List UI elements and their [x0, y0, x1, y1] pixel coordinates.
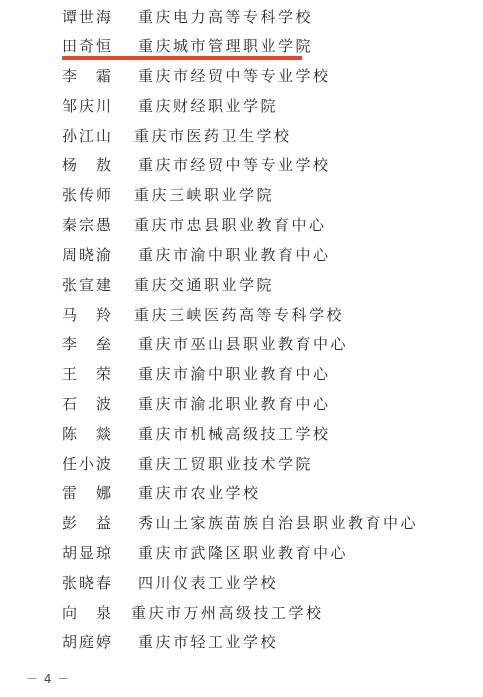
person-name: 张晓春: [62, 571, 113, 595]
school-name: 重庆市渝北职业教育中心: [138, 392, 331, 416]
person-name: 彭 益: [62, 511, 113, 535]
school-name: 重庆市万州高级技工学校: [131, 601, 324, 625]
school-name: 重庆市经贸中等专业学校: [138, 153, 331, 177]
school-name: 重庆城市管理职业学院: [138, 34, 313, 58]
person-name: 任小波: [62, 452, 113, 476]
person-name: 邹庆川: [62, 94, 113, 118]
school-name: 重庆市渝中职业教育中心: [138, 362, 331, 386]
school-name: 重庆市忠县职业教育中心: [134, 213, 327, 237]
school-name: 秀山土家族苗族自治县职业教育中心: [138, 511, 418, 535]
person-name: 王 荣: [62, 362, 113, 386]
person-name: 周晓渝: [62, 243, 113, 267]
school-name: 重庆市轻工业学校: [138, 630, 278, 654]
page-number: － 4 －: [26, 670, 70, 687]
school-name: 重庆市武隆区职业教育中心: [138, 541, 348, 565]
person-name: 胡庭婷: [62, 630, 113, 654]
person-name: 孙江山: [62, 124, 113, 148]
person-name: 陈 燚: [62, 422, 113, 446]
school-name: 四川仪表工业学校: [138, 571, 278, 595]
school-name: 重庆三峡医药高等专科学校: [134, 303, 344, 327]
person-name: 雷 娜: [62, 481, 113, 505]
school-name: 重庆电力高等专科学校: [138, 5, 313, 29]
school-name: 重庆市医药卫生学校: [134, 124, 292, 148]
person-name: 谭世海: [62, 5, 113, 29]
school-name: 重庆交通职业学院: [134, 273, 274, 297]
person-name: 向 泉: [62, 601, 113, 625]
school-name: 重庆三峡职业学院: [134, 183, 274, 207]
person-name: 田奇恒: [62, 34, 113, 58]
person-name: 胡显琼: [62, 541, 113, 565]
school-name: 重庆市机械高级技工学校: [138, 422, 331, 446]
person-name: 张宣建: [62, 273, 113, 297]
person-name: 张传师: [62, 183, 113, 207]
school-name: 重庆市农业学校: [138, 481, 261, 505]
school-name: 重庆市巫山县职业教育中心: [138, 332, 348, 356]
person-name: 李 垒: [62, 332, 113, 356]
red-underline-highlight: [62, 56, 302, 60]
person-name: 秦宗愚: [62, 213, 113, 237]
school-name: 重庆市经贸中等专业学校: [138, 64, 331, 88]
person-name: 石 波: [62, 392, 113, 416]
school-name: 重庆工贸职业技术学院: [138, 452, 313, 476]
person-name: 马 羚: [62, 303, 113, 327]
person-name: 杨 敖: [62, 153, 113, 177]
person-name: 李 霜: [62, 64, 113, 88]
school-name: 重庆财经职业学院: [138, 94, 278, 118]
school-name: 重庆市渝中职业教育中心: [138, 243, 331, 267]
document-page: 谭世海 重庆电力高等专科学校 田奇恒 重庆城市管理职业学院 李 霜 重庆市经贸中…: [0, 0, 483, 697]
